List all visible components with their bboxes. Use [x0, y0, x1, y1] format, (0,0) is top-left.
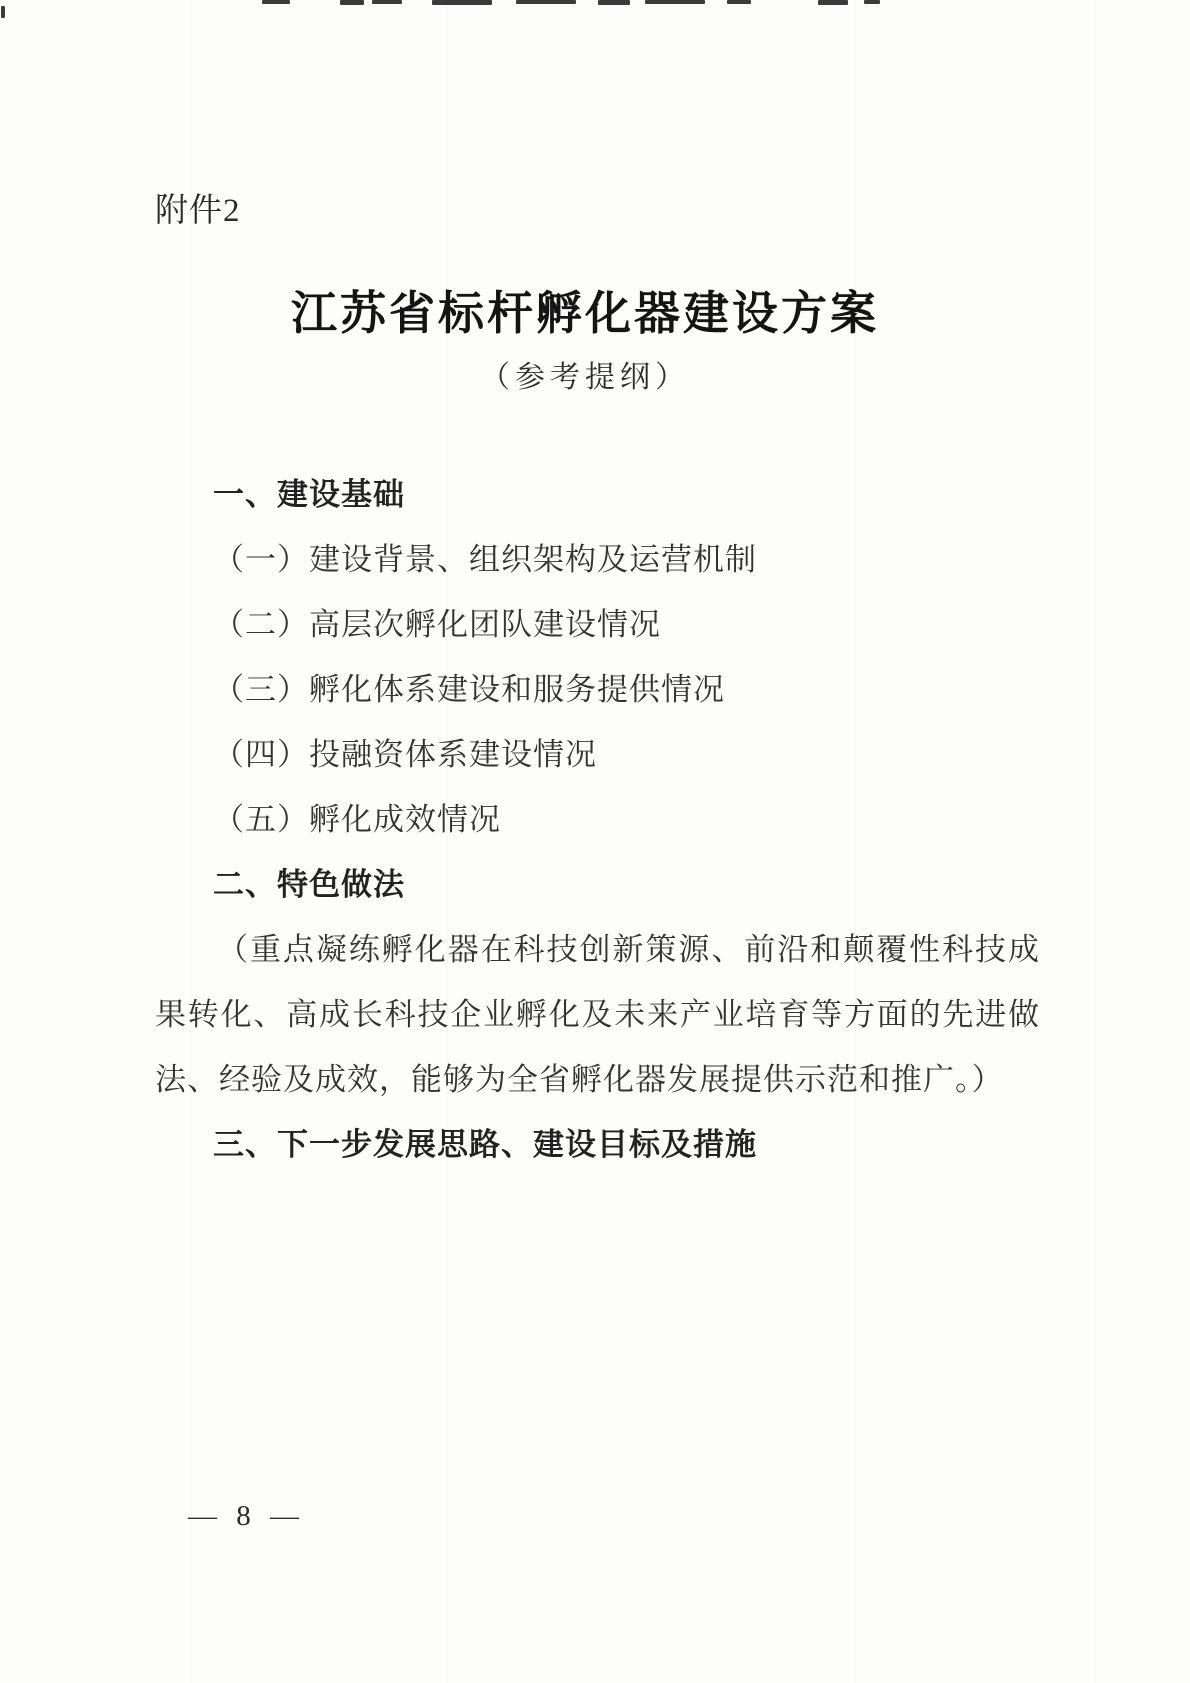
outline-item-2: （二）高层次孵化团队建设情况 — [155, 592, 1040, 657]
document-subtitle: （参考提纲） — [155, 358, 1015, 398]
document-title: 江苏省标杆孵化器建设方案 — [155, 283, 1015, 345]
outline-body: 一、建设基础 （一）建设背景、组织架构及运营机制 （二）高层次孵化团队建设情况 … — [155, 462, 1040, 1177]
outline-item-4: （四）投融资体系建设情况 — [155, 722, 1040, 787]
scan-artifact — [372, 0, 402, 4]
section-heading-2: 二、特色做法 — [155, 852, 1040, 917]
scan-streak — [1095, 0, 1096, 1683]
scan-artifact — [645, 0, 705, 4]
scan-artifact — [432, 0, 492, 5]
scan-artifact — [1, 6, 5, 18]
scan-artifact — [864, 0, 880, 4]
page-number: — 8 — — [188, 1500, 305, 1533]
outline-item-3: （三）孵化体系建设和服务提供情况 — [155, 657, 1040, 722]
scan-artifact — [262, 0, 290, 4]
scan-artifact — [818, 0, 848, 5]
section-2-note: （重点凝练孵化器在科技创新策源、前沿和颠覆性科技成果转化、高成长科技企业孵化及未… — [155, 917, 1040, 1112]
attachment-label: 附件2 — [155, 190, 241, 232]
outline-item-1: （一）建设背景、组织架构及运营机制 — [155, 527, 1040, 592]
scan-artifact — [516, 0, 576, 4]
outline-item-5: （五）孵化成效情况 — [155, 787, 1040, 852]
section-heading-3: 三、下一步发展思路、建设目标及措施 — [155, 1112, 1040, 1177]
scan-artifact — [598, 0, 630, 5]
scan-artifact — [727, 0, 751, 4]
document-page: 附件2 江苏省标杆孵化器建设方案 （参考提纲） 一、建设基础 （一）建设背景、组… — [0, 0, 1190, 1683]
scan-artifact — [340, 0, 364, 5]
section-heading-1: 一、建设基础 — [155, 462, 1040, 527]
